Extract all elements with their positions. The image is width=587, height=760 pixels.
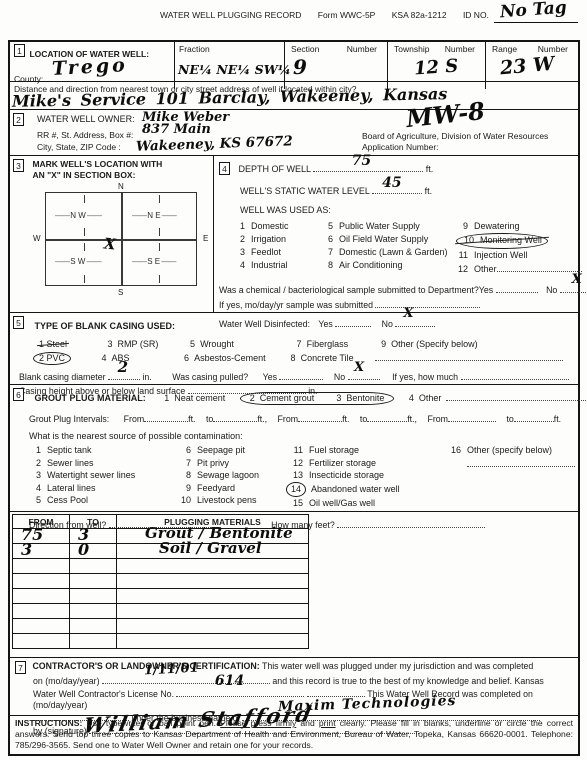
section-7-numbox: 7 <box>15 661 26 674</box>
section-3-title-line2: AN "X" IN SECTION BOX: <box>32 170 135 180</box>
use-domestic: Domestic <box>251 221 289 231</box>
grout-other-blank <box>446 391 587 401</box>
instructions-underlined-1: Please press firmly <box>220 718 296 728</box>
statute-number: KSA 82a-1212 <box>392 10 447 20</box>
pulled-yes-label: Yes <box>263 372 277 382</box>
section-4-numbox: 4 <box>219 162 230 175</box>
use-monitoring-well-circled: 10Monitoring Well <box>456 233 548 249</box>
section-6-numbox: 6 <box>13 388 24 401</box>
pulled-yes-blank <box>279 370 323 380</box>
casing-pvc-circled: 2 PVC <box>33 352 71 365</box>
plug-row-empty <box>13 604 309 619</box>
casing-diameter-value: 2 <box>118 358 128 376</box>
section-3-numbox: 3 <box>13 159 24 172</box>
use-industrial: Industrial <box>251 260 288 270</box>
casing-asbestos: 6 Asbestos-Cement <box>184 353 288 363</box>
casing-rmp: 3 RMP (SR) <box>108 339 188 349</box>
contam-abandoned-well-circled: 14 <box>286 482 306 498</box>
section-6-grout: 6 GROUT PLUG MATERIAL: 1 Neat cement 2 C… <box>10 385 578 512</box>
use-public-water: Public Water Supply <box>339 221 420 231</box>
county-value: Trego <box>51 54 128 80</box>
use-feedlot: Feedlot <box>251 247 281 257</box>
plugging-table: FROM TO PLUGGING MATERIALS 75 3 Grout / … <box>12 514 309 649</box>
section-5-casing: 5 TYPE OF BLANK CASING USED: 1 Steel 3 R… <box>10 313 578 385</box>
township-label: Township <box>394 44 429 54</box>
plug-row-empty <box>13 559 309 574</box>
fraction-label: Fraction <box>179 44 280 54</box>
dir-south-label: S <box>118 288 123 297</box>
sample-question-label: Was a chemical / bacteriological sample … <box>219 285 479 295</box>
grout-intervals-line: Grout Plug Intervals: Fromft. toft., Fro… <box>29 412 578 424</box>
casing-other: 9 Other (Specify below) <box>381 339 478 349</box>
section-1-numbox: 1 <box>14 44 25 57</box>
pulled-no-x: X <box>354 360 364 375</box>
completed-date-value: 1/11/01 <box>144 663 199 677</box>
section-2-numbox: 2 <box>13 113 24 126</box>
use-irrigation: Irrigation <box>251 234 286 244</box>
instructions-underlined-2: print <box>319 718 336 728</box>
application-number-label: Application Number: <box>362 142 439 152</box>
well-uses-list: 1Domestic 2Irrigation 3Feedlot 4Industri… <box>233 220 587 276</box>
use-other: Other <box>474 264 497 274</box>
instructions-part-2: and <box>300 718 314 728</box>
row2-to: 0 <box>78 540 89 559</box>
owner-address-value: 837 Main <box>142 122 211 137</box>
id-no-label: ID NO. <box>463 10 489 20</box>
quadrant-nw-label: N W <box>55 211 101 220</box>
certification-text-1: This water well was plugged under my jur… <box>262 661 533 671</box>
section-box-diagram: N S W E N W <box>33 180 213 302</box>
section-number-label: Number <box>347 44 377 54</box>
contam-oil-gas-well: Oil well/Gas well <box>309 498 375 508</box>
grout-other: 4 Other <box>409 393 442 403</box>
scanned-form-page: WATER WELL PLUGGING RECORD Form WWC-5P K… <box>0 0 587 760</box>
plug-row-empty <box>13 619 309 634</box>
contam-cess-pool: Cess Pool <box>47 495 88 505</box>
header-to: TO <box>70 515 117 529</box>
contam-insecticide-storage: Insecticide storage <box>309 470 384 480</box>
quadrant-sw-label: S W <box>55 257 101 266</box>
pulled-no-blank: X <box>348 370 380 380</box>
static-level-value: 45 <box>382 175 401 191</box>
section-5-title: TYPE OF BLANK CASING USED: <box>34 321 175 331</box>
certification-text-2: and this record is true to the best of m… <box>272 676 543 686</box>
sample-yes-blank <box>496 283 538 293</box>
dir-west-label: W <box>33 234 41 243</box>
section-1-location: 1 LOCATION OF WATER WELL: County: Trego … <box>10 42 578 82</box>
casing-wrought: 5 Wrought <box>190 339 294 349</box>
contam-livestock-pens: Livestock pens <box>197 495 257 505</box>
use-lawn-garden: Domestic (Lawn & Garden) <box>339 247 448 257</box>
casing-diameter-blank: 2 <box>108 370 140 380</box>
address-label: RR #, St. Address, Box #: <box>37 130 133 140</box>
completed-date-blank: 1/11/01 <box>102 674 270 684</box>
plug-row-2: 3 0 Soil / Gravel <box>13 544 309 559</box>
section-4-well-info: 4 DEPTH OF WELL 75 ft. WELL'S STATIC WAT… <box>214 156 587 312</box>
contam-pit-privy: Pit privy <box>197 458 229 468</box>
use-injection-well: Injection Well <box>474 250 527 260</box>
sample-yes-label: Yes <box>479 285 493 295</box>
static-level-unit: ft. <box>425 186 433 196</box>
form-number: Form WWC-5P <box>318 10 376 20</box>
contam-fuel-storage: Fuel storage <box>309 445 359 455</box>
contam-seepage-pit: Seepage pit <box>197 445 245 455</box>
sample-no-blank: X <box>560 283 587 293</box>
static-level-label: WELL'S STATIC WATER LEVEL <box>240 186 370 196</box>
contam-watertight-sewer: Watertight sewer lines <box>47 470 135 480</box>
fraction-value: NE¼ NE¼ SW¼ <box>178 62 291 77</box>
section-3-4: 3 MARK WELL'S LOCATION WITH AN "X" IN SE… <box>10 156 578 313</box>
depth-label: DEPTH OF WELL <box>239 164 311 174</box>
sample-no-label: No <box>546 285 557 295</box>
contam-lateral-lines: Lateral lines <box>47 483 96 493</box>
row2-material: Soil / Gravel <box>159 539 262 557</box>
section-7-certification: 7 CONTRACTOR'S OR LANDOWNER'S CERTIFICAT… <box>10 658 578 716</box>
plugging-table-area: FROM TO PLUGGING MATERIALS 75 3 Grout / … <box>10 512 578 658</box>
quadrant-se-label: S E <box>132 257 175 266</box>
instructions-block: INSTRUCTIONS: Use typewriter or ball poi… <box>10 716 578 756</box>
section-box: N W N E S W S E X <box>45 192 197 286</box>
range-label: Range <box>492 44 517 54</box>
id-no-value: No Tag <box>499 0 567 22</box>
instructions-label: INSTRUCTIONS: <box>15 718 82 728</box>
intervals-label: Grout Plug Intervals: <box>29 414 109 424</box>
range-value: 23 W <box>499 53 555 80</box>
if-yes-date-blank <box>375 298 480 308</box>
distance-row: Distance and direction from nearest town… <box>10 82 578 110</box>
board-label: Board of Agriculture, Division of Water … <box>362 131 548 141</box>
form-header: WATER WELL PLUGGING RECORD Form WWC-5P K… <box>160 10 503 20</box>
used-as-label: WELL WAS USED AS: <box>240 205 587 215</box>
row2-from: 3 <box>21 540 32 559</box>
completed-on-label: on (mo/day/year) <box>33 676 100 686</box>
well-location-x-mark: X <box>103 234 116 253</box>
casing-diameter-label: Blank casing diameter <box>19 372 106 382</box>
how-much-blank <box>461 370 569 380</box>
contam-other: Other (specify below) <box>467 445 552 455</box>
plug-row-empty <box>13 634 309 649</box>
grout-cement-bentonite-circled: 2 Cement grout3 Bentonite <box>240 392 395 405</box>
contamination-list: 1Septic tank 2Sewer lines 3Watertight se… <box>29 444 578 510</box>
section-6-title: GROUT PLUG MATERIAL: <box>34 393 145 403</box>
pulled-no-label: No <box>334 372 345 382</box>
casing-pulled-label: Was casing pulled? <box>172 372 248 382</box>
if-yes-date-label: If yes, mo/day/yr sample was submitted <box>219 300 373 310</box>
center-horizontal-line <box>46 239 196 241</box>
quadrant-ne-label: N E <box>132 211 176 220</box>
plug-row-empty <box>13 589 309 604</box>
section-value: 9 <box>293 55 307 79</box>
contam-sewer-lines: Sewer lines <box>47 458 94 468</box>
owner-label: WATER WELL OWNER: <box>37 114 135 124</box>
contam-fertilizer-storage: Fertilizer storage <box>309 458 376 468</box>
how-much-label: If yes, how much <box>392 372 458 382</box>
form-body: 1 LOCATION OF WATER WELL: County: Trego … <box>8 40 580 756</box>
use-dewatering: Dewatering <box>474 221 520 231</box>
contam-septic-tank: Septic tank <box>47 445 92 455</box>
casing-steel: 1 Steel <box>39 339 67 349</box>
casing-fiberglass: 7 Fiberglass <box>297 339 379 349</box>
use-oil-field: Oil Field Water Supply <box>339 234 428 244</box>
dir-east-label: E <box>203 234 208 243</box>
static-level-blank: 45 <box>372 184 422 194</box>
section-label: Section <box>291 44 319 54</box>
casing-other-specify-blank <box>375 351 563 361</box>
contam-other-blank <box>467 457 575 467</box>
contam-feedyard: Feedyard <box>197 483 235 493</box>
depth-blank: 75 <box>313 162 423 172</box>
section-3-mark-location: 3 MARK WELL'S LOCATION WITH AN "X" IN SE… <box>10 156 214 312</box>
license-label: Water Well Contractor's License No. <box>33 689 174 699</box>
township-value: 12 S <box>413 55 459 79</box>
license-value: 614 <box>215 676 244 687</box>
contamination-label: What is the nearest source of possible c… <box>29 431 578 441</box>
grout-neat-cement: 1 Neat cement <box>164 393 225 403</box>
instructions-part-1: Use typewriter or ball point pen. <box>86 718 216 728</box>
section-5-numbox: 5 <box>13 316 24 329</box>
section-3-title-line1: MARK WELL'S LOCATION WITH <box>32 159 162 169</box>
form-title: WATER WELL PLUGGING RECORD <box>160 10 301 20</box>
section-2-owner: 2 WATER WELL OWNER: Mike Weber 837 Main … <box>10 110 578 156</box>
casing-abs: 4 ABS <box>102 353 182 363</box>
city-label: City, State, ZIP Code : <box>37 142 121 152</box>
sample-no-x: X <box>572 272 582 287</box>
license-blank: 614 <box>176 687 304 697</box>
depth-unit: ft. <box>426 164 434 174</box>
use-air-conditioning: Air Conditioning <box>339 260 403 270</box>
depth-value: 75 <box>352 153 371 169</box>
plug-row-empty <box>13 574 309 589</box>
township-number-label: Number <box>445 44 475 54</box>
id-no-underline <box>494 22 578 23</box>
dir-north-label: N <box>118 182 124 191</box>
casing-diameter-unit: in. <box>142 372 151 382</box>
contam-sewage-lagoon: Sewage lagoon <box>197 470 259 480</box>
